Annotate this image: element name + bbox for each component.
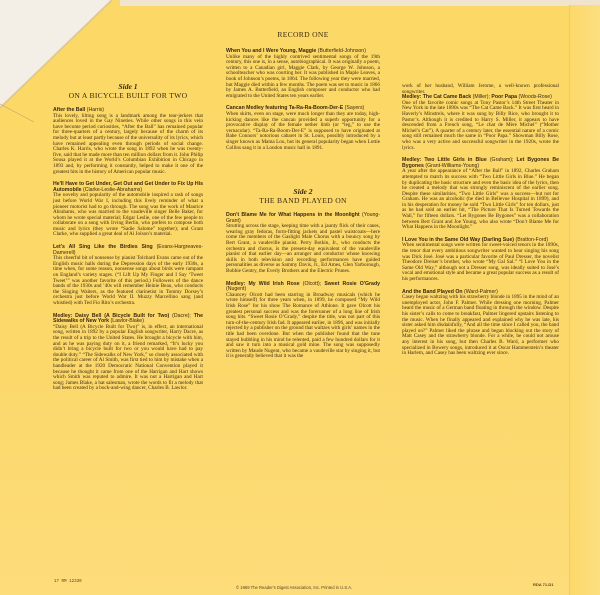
song-composer: (Dacre); — [172, 313, 191, 319]
catalog-number-left: 17 RM 12330 — [54, 580, 82, 584]
side-title: THE BAND PLAYED ON — [226, 196, 380, 205]
song-composer: (Graham); — [490, 157, 514, 163]
song-list: Medley: The Cat Came Back (Miller); Poor… — [402, 95, 559, 357]
song-description: The novelty and popularity of the automo… — [53, 193, 203, 238]
song-description: This lovely, lilting song is a landmark … — [53, 114, 203, 176]
right-edge — [569, 5, 600, 595]
album-liner-page: Side 1 ON A BICYCLE BUILT FOR TWO After … — [0, 0, 600, 595]
song-name: Don't Blame Me for What Happens in the M… — [226, 212, 360, 218]
song-entry: Let's All Sing Like the Birdies Sing (Ev… — [53, 245, 203, 307]
song-list: After the Ball (Harris) This lovely, lil… — [53, 108, 203, 392]
song-entry: Medley: The Cat Came Back (Miller); Poor… — [402, 95, 559, 151]
song-composer: (Olcott); — [303, 281, 321, 287]
song-entry: Don't Blame Me for What Happens in the M… — [226, 213, 380, 275]
side-1-heading: Side 1 ON A BICYCLE BUILT FOR TWO — [53, 82, 203, 100]
song-description: Strutting across the stage, keeping time… — [226, 224, 380, 274]
song-description: When skirts, even on stage, were much lo… — [226, 112, 380, 151]
catalog-number-right: RDA 71-D1 — [533, 582, 554, 587]
song-name: Sweet Rosie O'Grady — [324, 281, 380, 287]
song-entry: Cancan Medley featuring Ta-Ra-Ra-Boom-De… — [226, 106, 380, 151]
song-description: A year after the appearance of “After th… — [402, 169, 559, 231]
side-title: ON A BICYCLE BUILT FOR TWO — [53, 91, 203, 100]
record-title: RECORD ONE — [226, 30, 380, 39]
column-3: work of her husband, William Jerome, a w… — [402, 84, 559, 364]
song-entry: After the Ball (Harris) This lovely, lil… — [53, 108, 203, 175]
song-entry: Medley: Daisy Bell (A Bicycle Built for … — [53, 314, 203, 392]
song-entry: And the Band Played On (Ward-Palmer) Cas… — [402, 290, 559, 357]
song-entry: Medley: My Wild Irish Rose (Olcott); Swe… — [226, 282, 380, 360]
song-entry: Medley: Two Little Girls in Blue (Graham… — [402, 158, 559, 231]
copyright-notice: © 1969 The Reader's Digest Association, … — [236, 585, 352, 590]
side-2-heading: Side 2 THE BAND PLAYED ON — [226, 187, 380, 205]
song-description: When sentimental songs were written for … — [402, 243, 559, 282]
side-label: Side 2 — [226, 187, 380, 196]
song-description: Casey began waltzing with his strawberry… — [402, 295, 559, 357]
song-description: Chauncey Olcott had been starring in Bro… — [226, 293, 380, 360]
song-list: Don't Blame Me for What Happens in the M… — [226, 213, 380, 360]
side-label: Side 1 — [53, 82, 203, 91]
song-description: “Daisy Bell (A Bicycle Built for Two)” i… — [53, 325, 203, 392]
song-description: One of the favorite comic songs at Tony … — [402, 101, 559, 151]
song-entry: When You and I Were Young, Maggie (Butte… — [226, 49, 380, 99]
top-edge-strip — [120, 0, 600, 6]
song-list: When You and I Were Young, Maggie (Butte… — [226, 49, 380, 151]
column-2: RECORD ONE When You and I Were Young, Ma… — [226, 30, 380, 367]
song-entry: He'll Have to Get Under, Get Out and Get… — [53, 182, 203, 238]
song-entry: I Love You in the Same Old Way (Darling … — [402, 238, 559, 283]
song-description: Unlike many of the highly contrived sent… — [226, 55, 380, 100]
column-1: Side 1 ON A BICYCLE BUILT FOR TWO After … — [53, 82, 203, 399]
song-description: This cheerful bit of nonsense by pianist… — [53, 256, 203, 306]
